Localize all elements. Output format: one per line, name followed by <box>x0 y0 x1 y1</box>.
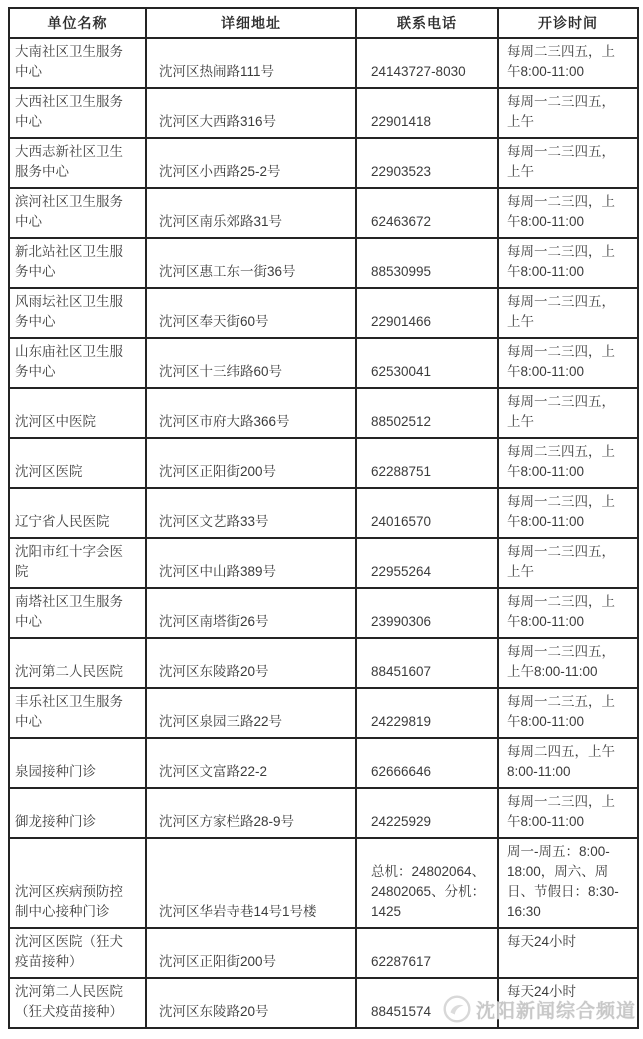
unit-name-cell: 沈河区医院（狂犬疫苗接种） <box>9 928 146 978</box>
address-cell: 沈河区东陵路20号 <box>146 638 356 688</box>
table-row: 滨河社区卫生服务中心 沈河区南乐郊路31号 62463672 每周一二三四，上午… <box>9 188 638 238</box>
hours-cell: 每周一二三四五，上午8:00-11:00 <box>498 638 638 688</box>
table-row: 新北站社区卫生服务中心 沈河区惠工东一街36号 88530995 每周一二三四，… <box>9 238 638 288</box>
clinic-table: 单位名称 详细地址 联系电话 开诊时间 大南社区卫生服务中心 沈河区热闹路111… <box>8 7 639 1029</box>
hours-cell: 每周一二三四，上午8:00-11:00 <box>498 788 638 838</box>
unit-name-cell: 沈河第二人民医院 <box>9 638 146 688</box>
tv-channel-logo-icon <box>442 994 472 1024</box>
hours-cell: 每周一二三五，上午8:00-11:00 <box>498 688 638 738</box>
phone-cell: 23990306 <box>356 588 498 638</box>
unit-name-cell: 南塔社区卫生服务中心 <box>9 588 146 638</box>
table-row: 沈河第二人民医院 沈河区东陵路20号 88451607 每周一二三四五，上午8:… <box>9 638 638 688</box>
address-cell: 沈河区大西路316号 <box>146 88 356 138</box>
phone-cell: 24225929 <box>356 788 498 838</box>
hours-cell: 每天24小时 <box>498 928 638 978</box>
table-row: 沈河区医院（狂犬疫苗接种） 沈河区正阳街200号 62287617 每天24小时 <box>9 928 638 978</box>
hours-cell: 每周一二三四五，上午 <box>498 388 638 438</box>
unit-name-cell: 丰乐社区卫生服务中心 <box>9 688 146 738</box>
phone-cell: 总机：24802064、24802065、分机：1425 <box>356 838 498 928</box>
header-phone: 联系电话 <box>356 8 498 38</box>
table-row: 山东庙社区卫生服务中心 沈河区十三纬路60号 62530041 每周一二三四，上… <box>9 338 638 388</box>
table-row: 大西志新社区卫生服务中心 沈河区小西路25-2号 22903523 每周一二三四… <box>9 138 638 188</box>
unit-name-cell: 滨河社区卫生服务中心 <box>9 188 146 238</box>
address-cell: 沈河区热闹路111号 <box>146 38 356 88</box>
hours-cell: 每周一二三四五，上午 <box>498 288 638 338</box>
phone-cell: 88502512 <box>356 388 498 438</box>
unit-name-cell: 沈河区医院 <box>9 438 146 488</box>
phone-cell: 62463672 <box>356 188 498 238</box>
unit-name-cell: 风雨坛社区卫生服务中心 <box>9 288 146 338</box>
phone-cell: 88530995 <box>356 238 498 288</box>
table-row: 沈河区疾病预防控制中心接种门诊 沈河区华岩寺巷14号1号楼 总机：2480206… <box>9 838 638 928</box>
hours-cell: 每周一二三四五，上午 <box>498 538 638 588</box>
phone-cell: 22955264 <box>356 538 498 588</box>
address-cell: 沈河区十三纬路60号 <box>146 338 356 388</box>
phone-cell: 22901466 <box>356 288 498 338</box>
address-cell: 沈河区文富路22-2 <box>146 738 356 788</box>
address-cell: 沈河区泉园三路22号 <box>146 688 356 738</box>
unit-name-cell: 沈河第二人民医院（狂犬疫苗接种） <box>9 978 146 1028</box>
address-cell: 沈河区市府大路366号 <box>146 388 356 438</box>
unit-name-cell: 泉园接种门诊 <box>9 738 146 788</box>
unit-name-cell: 沈河区中医院 <box>9 388 146 438</box>
address-cell: 沈河区华岩寺巷14号1号楼 <box>146 838 356 928</box>
address-cell: 沈河区奉天街60号 <box>146 288 356 338</box>
phone-cell: 88451607 <box>356 638 498 688</box>
hours-cell: 每周一二三四五，上午 <box>498 88 638 138</box>
unit-name-cell: 山东庙社区卫生服务中心 <box>9 338 146 388</box>
phone-cell: 24143727-8030 <box>356 38 498 88</box>
header-address: 详细地址 <box>146 8 356 38</box>
table-row: 沈河区中医院 沈河区市府大路366号 88502512 每周一二三四五，上午 <box>9 388 638 438</box>
phone-cell: 22901418 <box>356 88 498 138</box>
table-row: 御龙接种门诊 沈河区方家栏路28-9号 24225929 每周一二三四，上午8:… <box>9 788 638 838</box>
hours-cell: 每周二三四五，上午8:00-11:00 <box>498 438 638 488</box>
address-cell: 沈河区方家栏路28-9号 <box>146 788 356 838</box>
table-row: 沈河区医院 沈河区正阳街200号 62288751 每周二三四五，上午8:00-… <box>9 438 638 488</box>
unit-name-cell: 新北站社区卫生服务中心 <box>9 238 146 288</box>
address-cell: 沈河区正阳街200号 <box>146 928 356 978</box>
address-cell: 沈河区小西路25-2号 <box>146 138 356 188</box>
table-row: 丰乐社区卫生服务中心 沈河区泉园三路22号 24229819 每周一二三五，上午… <box>9 688 638 738</box>
phone-cell: 24229819 <box>356 688 498 738</box>
unit-name-cell: 沈河区疾病预防控制中心接种门诊 <box>9 838 146 928</box>
address-cell: 沈河区惠工东一街36号 <box>146 238 356 288</box>
address-cell: 沈河区东陵路20号 <box>146 978 356 1028</box>
address-cell: 沈河区南塔街26号 <box>146 588 356 638</box>
phone-cell: 62288751 <box>356 438 498 488</box>
watermark: 沈阳新闻综合频道 <box>442 994 636 1024</box>
unit-name-cell: 御龙接种门诊 <box>9 788 146 838</box>
hours-cell: 每周一二三四，上午8:00-11:00 <box>498 488 638 538</box>
table-row: 南塔社区卫生服务中心 沈河区南塔街26号 23990306 每周一二三四，上午8… <box>9 588 638 638</box>
hours-cell: 每周二三四五，上午8:00-11:00 <box>498 38 638 88</box>
address-cell: 沈河区中山路389号 <box>146 538 356 588</box>
watermark-text: 沈阳新闻综合频道 <box>476 996 636 1023</box>
table-row: 辽宁省人民医院 沈河区文艺路33号 24016570 每周一二三四，上午8:00… <box>9 488 638 538</box>
phone-cell: 22903523 <box>356 138 498 188</box>
hours-cell: 每周一二三四，上午8:00-11:00 <box>498 338 638 388</box>
header-unit-name: 单位名称 <box>9 8 146 38</box>
table-row: 沈阳市红十字会医院 沈河区中山路389号 22955264 每周一二三四五，上午 <box>9 538 638 588</box>
unit-name-cell: 沈阳市红十字会医院 <box>9 538 146 588</box>
header-row: 单位名称 详细地址 联系电话 开诊时间 <box>9 8 638 38</box>
phone-cell: 62287617 <box>356 928 498 978</box>
hours-cell: 每周一二三四五，上午 <box>498 138 638 188</box>
table-row: 风雨坛社区卫生服务中心 沈河区奉天街60号 22901466 每周一二三四五，上… <box>9 288 638 338</box>
unit-name-cell: 大西社区卫生服务中心 <box>9 88 146 138</box>
unit-name-cell: 大南社区卫生服务中心 <box>9 38 146 88</box>
phone-cell: 62530041 <box>356 338 498 388</box>
phone-cell: 62666646 <box>356 738 498 788</box>
unit-name-cell: 辽宁省人民医院 <box>9 488 146 538</box>
phone-cell: 24016570 <box>356 488 498 538</box>
table-row: 泉园接种门诊 沈河区文富路22-2 62666646 每周二四五，上午8:00-… <box>9 738 638 788</box>
hours-cell: 每周一二三四，上午8:00-11:00 <box>498 588 638 638</box>
address-cell: 沈河区正阳街200号 <box>146 438 356 488</box>
address-cell: 沈河区南乐郊路31号 <box>146 188 356 238</box>
hours-cell: 周一-周五：8:00-18:00，周六、周日、节假日：8:30-16:30 <box>498 838 638 928</box>
clinic-table-body: 大南社区卫生服务中心 沈河区热闹路111号 24143727-8030 每周二三… <box>9 38 638 1028</box>
table-row: 大南社区卫生服务中心 沈河区热闹路111号 24143727-8030 每周二三… <box>9 38 638 88</box>
hours-cell: 每周一二三四，上午8:00-11:00 <box>498 238 638 288</box>
hours-cell: 每周一二三四，上午8:00-11:00 <box>498 188 638 238</box>
unit-name-cell: 大西志新社区卫生服务中心 <box>9 138 146 188</box>
table-header: 单位名称 详细地址 联系电话 开诊时间 <box>9 8 638 38</box>
table-row: 大西社区卫生服务中心 沈河区大西路316号 22901418 每周一二三四五，上… <box>9 88 638 138</box>
address-cell: 沈河区文艺路33号 <box>146 488 356 538</box>
hours-cell: 每周二四五，上午8:00-11:00 <box>498 738 638 788</box>
header-hours: 开诊时间 <box>498 8 638 38</box>
